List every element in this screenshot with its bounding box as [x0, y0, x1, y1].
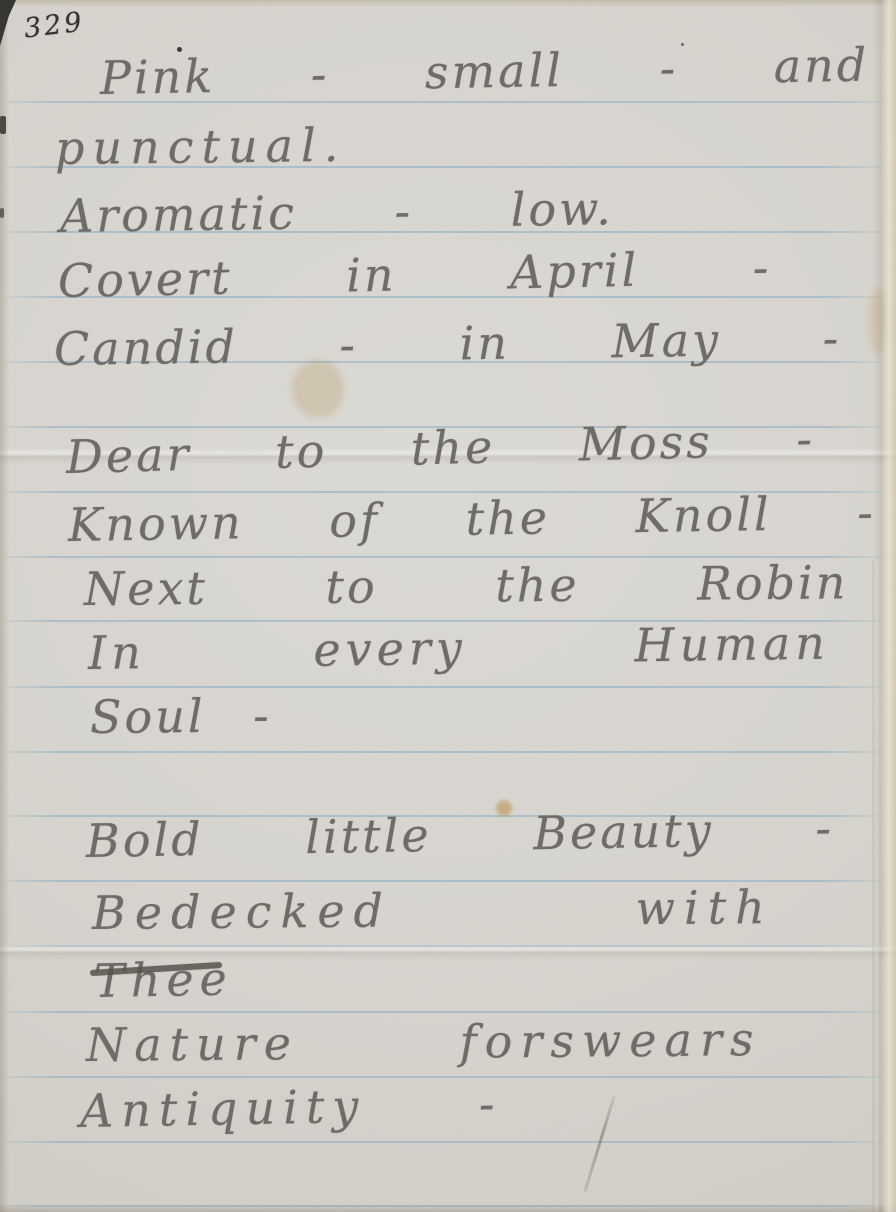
- paper-edge-right: [872, 0, 896, 1212]
- poem-line-14: Nature forswears: [86, 1016, 762, 1068]
- poem-line-11: Bold little Beauty -: [86, 805, 835, 864]
- poem-line-12: Bedecked with: [92, 884, 774, 936]
- poem-line-3: Aromatic - low.: [60, 185, 614, 239]
- poem-line-4: Covert in April -: [58, 244, 772, 304]
- edge-nick: [0, 208, 4, 218]
- page-number: 329: [22, 6, 86, 44]
- poem-line-10: Soul -: [90, 692, 272, 740]
- paper-edge-left: [0, 0, 9, 1212]
- poem-line-5: Candid - in May -: [54, 315, 842, 372]
- poem-line-7: Known of the Knoll -: [68, 489, 877, 548]
- pencil-slash-mark: [583, 1096, 615, 1193]
- ruled-line: [6, 751, 884, 753]
- poem-line-2: punctual.: [55, 122, 347, 171]
- paper-edge-top: [0, 0, 896, 7]
- paper-edge-bottom: [0, 1204, 896, 1212]
- poem-line-1: Pink - small - and: [100, 42, 870, 101]
- edge-nick: [0, 116, 6, 134]
- poem-line-8: Next to the Robin: [84, 559, 849, 612]
- poem-line-15: Antiquity -: [80, 1081, 503, 1134]
- ruled-line: [6, 686, 884, 688]
- manuscript-page: 329 Pink - small - and punctual. Aromati…: [0, 0, 896, 1212]
- poem-line-9: In every Human: [88, 620, 830, 676]
- ruled-line: [6, 1141, 884, 1143]
